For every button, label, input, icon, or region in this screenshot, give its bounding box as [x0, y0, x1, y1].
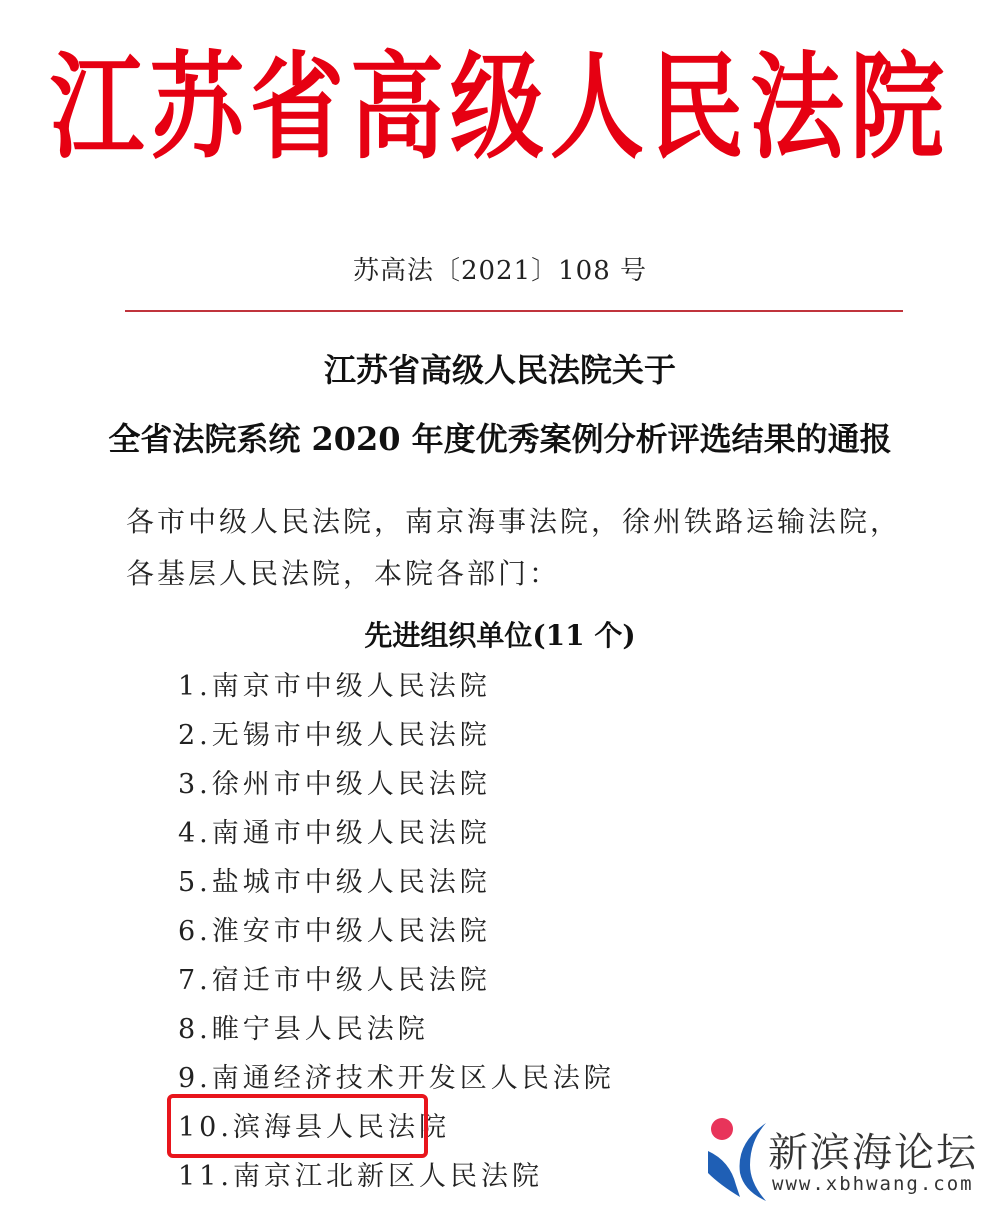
- red-divider-rule: [125, 310, 903, 312]
- section-heading-advanced-units: 先进组织单位(11 个): [0, 614, 1000, 654]
- salutation-paragraph: 各市中级人民法院，南京海事法院，徐州铁路运输法院，各基层人民法院，本院各部门：: [126, 496, 906, 600]
- forum-logo-icon: [700, 1113, 770, 1203]
- list-item: 2.无锡市中级人民法院: [178, 713, 615, 762]
- list-item: 7.宿迁市中级人民法院: [178, 958, 615, 1007]
- highlight-box-annotation: [167, 1094, 428, 1158]
- document-masthead: 江苏省高级人民法院: [0, 52, 1000, 167]
- list-item: 3.徐州市中级人民法院: [178, 762, 615, 811]
- list-item: 1.南京市中级人民法院: [178, 664, 615, 713]
- list-item: 4.南通市中级人民法院: [178, 811, 615, 860]
- watermark: 新滨海论坛 www.xbhwang.com: [700, 1113, 995, 1203]
- watermark-url: www.xbhwang.com: [772, 1173, 974, 1195]
- list-item: 5.盐城市中级人民法院: [178, 860, 615, 909]
- list-item: 8.睢宁县人民法院: [178, 1007, 615, 1056]
- list-item: 6.淮安市中级人民法院: [178, 909, 615, 958]
- watermark-title: 新滨海论坛: [768, 1121, 978, 1178]
- list-item: 11.南京江北新区人民法院: [178, 1154, 615, 1203]
- document-title-line-2: 全省法院系统 2020 年度优秀案例分析评选结果的通报: [0, 414, 1000, 460]
- document-number: 苏高法〔2021〕108 号: [0, 250, 1000, 287]
- document-title-line-1: 江苏省高级人民法院关于: [0, 345, 1000, 391]
